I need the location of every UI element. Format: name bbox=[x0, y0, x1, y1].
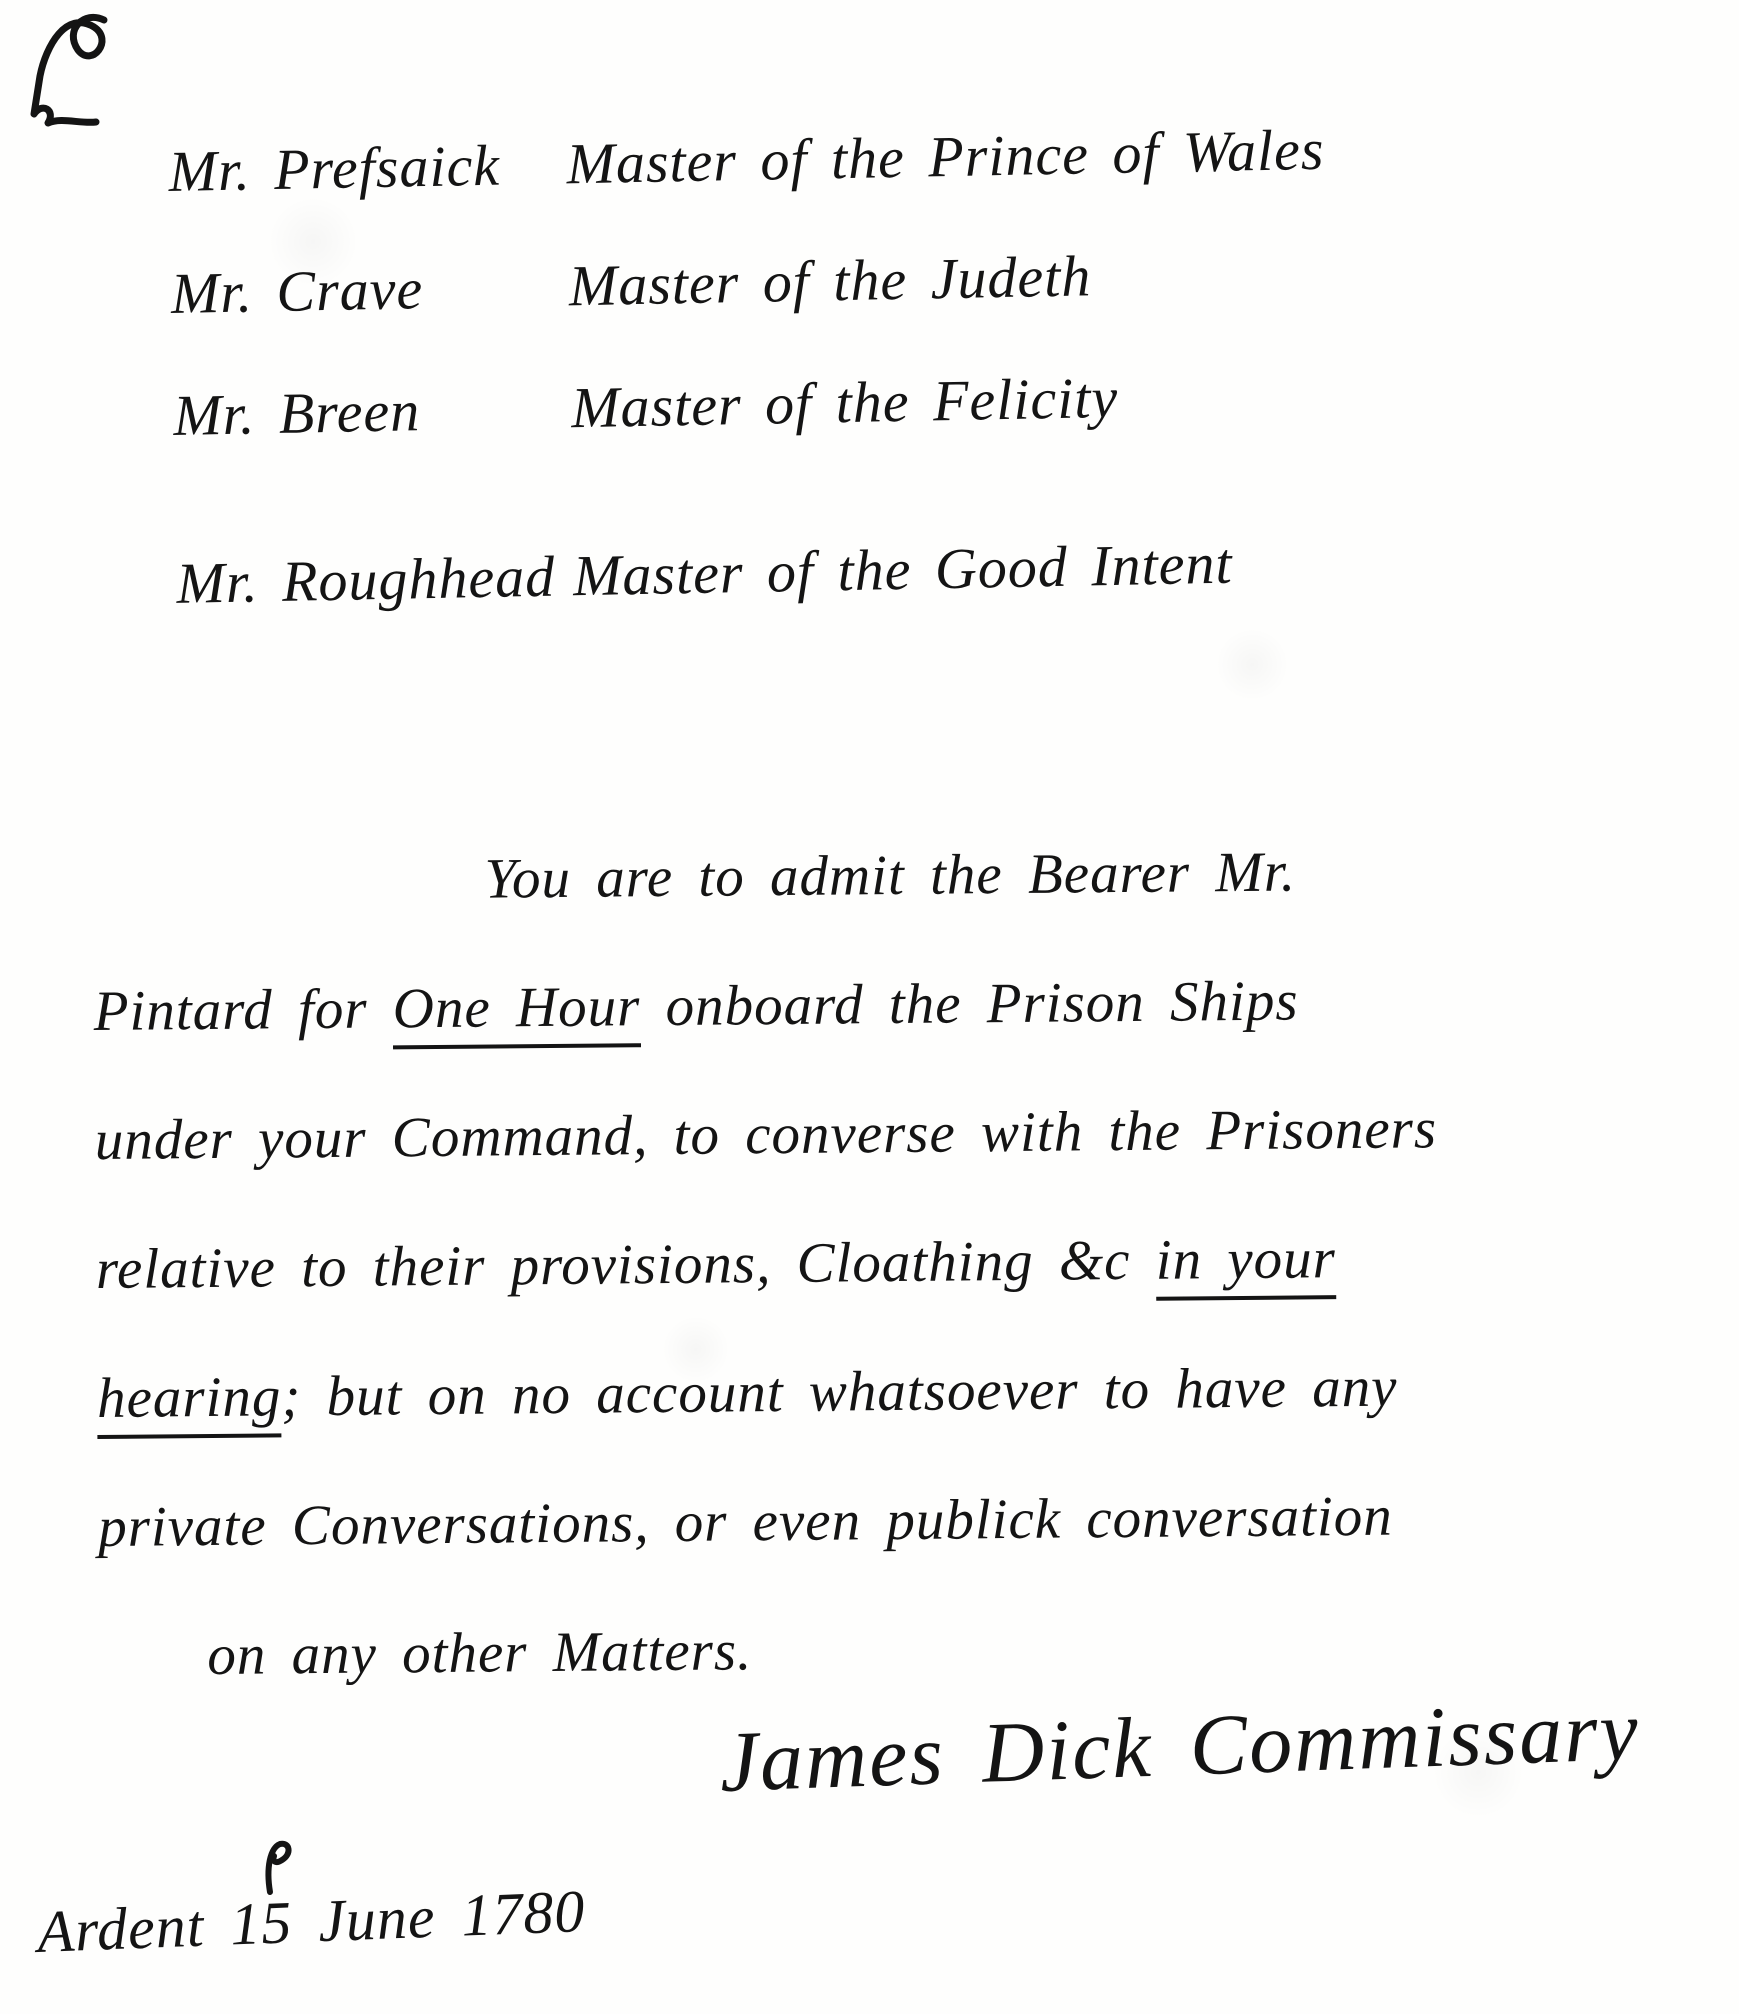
body-text: private Conversations, or even publick c… bbox=[98, 1485, 1393, 1559]
body-line: under your Command, to converse with the… bbox=[94, 1062, 1675, 1205]
master-title: Master of the Good Intent bbox=[572, 530, 1233, 610]
dateline: Ardent 15 June 1780 bbox=[36, 1877, 587, 1967]
letter-body: You are to admit the Bearer Mr. Pintard … bbox=[92, 804, 1680, 1721]
signature-title: Commissary bbox=[1188, 1682, 1641, 1794]
master-name: Mr. Crave bbox=[170, 252, 569, 327]
body-text: onboard the Prison Ships bbox=[640, 969, 1299, 1038]
body-line: hearing; but on no account whatsoever to… bbox=[97, 1320, 1678, 1463]
masters-list: Mr. Prefsaick Master of the Prince of Wa… bbox=[168, 116, 1334, 672]
body-text: Pintard for bbox=[93, 977, 393, 1043]
manuscript-page: Mr. Prefsaick Master of the Prince of Wa… bbox=[0, 0, 1739, 2014]
body-line: Pintard for One Hour onboard the Prison … bbox=[93, 933, 1674, 1076]
list-item: Mr. Crave Master of the Judeth bbox=[170, 238, 1328, 382]
master-title: Master of the Felicity bbox=[571, 364, 1119, 441]
master-title: Master of the Judeth bbox=[568, 242, 1092, 319]
body-line: You are to admit the Bearer Mr. bbox=[92, 804, 1673, 947]
underlined-phrase: hearing bbox=[97, 1365, 282, 1439]
master-title: Master of the Prince of Wales bbox=[566, 116, 1325, 198]
body-text: relative to their provisions, Cloathing … bbox=[96, 1229, 1156, 1301]
list-item: Mr. Prefsaick Master of the Prince of Wa… bbox=[168, 116, 1326, 260]
master-name: Mr. Prefsaick bbox=[168, 130, 567, 205]
body-text: You are to admit the Bearer Mr. bbox=[484, 840, 1296, 910]
underlined-phrase: in your bbox=[1155, 1227, 1336, 1301]
list-item: Mr. Breen Master of the Felicity bbox=[173, 360, 1331, 504]
body-line: relative to their provisions, Cloathing … bbox=[95, 1191, 1676, 1334]
master-name: Mr. Roughhead bbox=[176, 543, 556, 617]
master-name: Mr. Breen bbox=[173, 374, 572, 449]
body-text: under your Command, to converse with the… bbox=[95, 1097, 1438, 1172]
body-line: private Conversations, or even publick c… bbox=[98, 1449, 1679, 1592]
signature-name: James Dick bbox=[718, 1699, 1154, 1810]
corner-flourish-icon bbox=[22, 6, 122, 146]
underlined-phrase: One Hour bbox=[392, 975, 640, 1049]
list-item: Mr. Roughhead Master of the Good Intent bbox=[176, 528, 1334, 672]
body-text: on any other Matters. bbox=[207, 1619, 752, 1687]
body-text: ; but on no account whatsoever to have a… bbox=[281, 1356, 1398, 1429]
dateline-text: Ardent 15 June 1780 bbox=[36, 1878, 586, 1965]
